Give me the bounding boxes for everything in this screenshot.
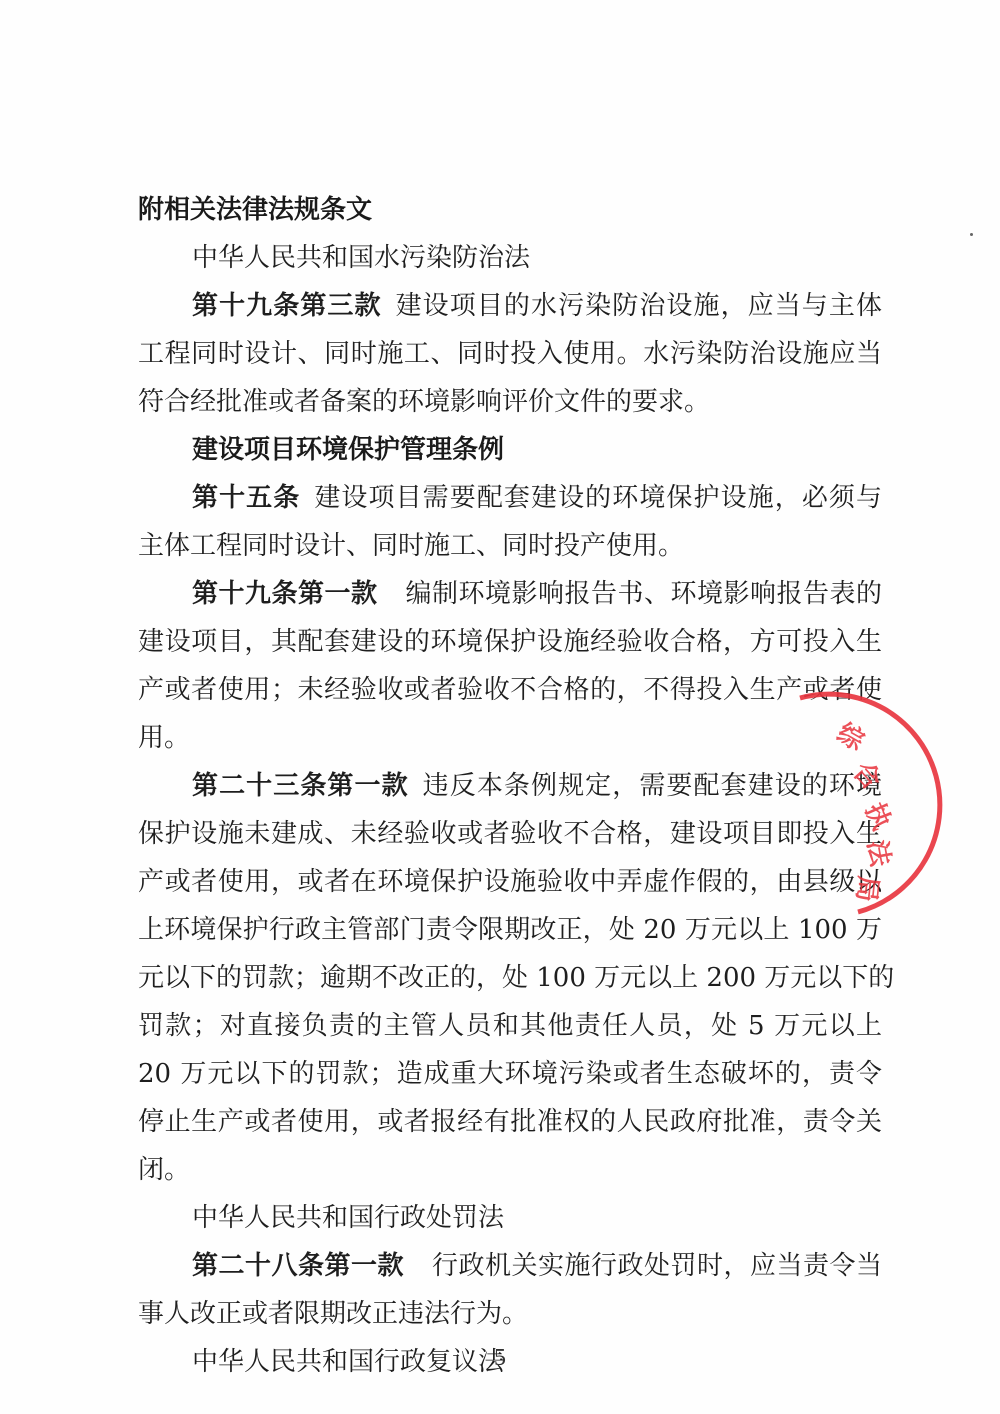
article-line: 事人改正或者限期改正违法行为。 xyxy=(138,1290,882,1338)
article-line: 第二十八条第一款行政机关实施行政处罚时，应当责令当 xyxy=(138,1242,882,1290)
article-line: 停止生产或者使用，或者报经有批准权的人民政府批准，责令关 xyxy=(138,1098,882,1146)
scan-speck xyxy=(970,233,973,236)
article-line: 闭。 xyxy=(138,1146,882,1194)
article-line: 20 万元以下的罚款；造成重大环境污染或者生态破坏的，责令 xyxy=(138,1050,882,1098)
article-number: 第二十八条第一款 xyxy=(192,1251,404,1281)
page-number: 5 xyxy=(0,1345,1000,1372)
article-number: 第二十三条第一款 xyxy=(192,771,409,801)
svg-text:综: 综 xyxy=(832,717,871,757)
article-line: 元以下的罚款；逾期不改正的，处 100 万元以上 200 万元以下的 xyxy=(138,954,882,1002)
article-line: 工程同时设计、同时施工、同时投入使用。水污染防治设施应当 xyxy=(138,330,882,378)
article-line: 建设项目，其配套建设的环境保护设施经验收合格，方可投入生 xyxy=(138,618,882,666)
article-line: 罚款；对直接负责的主管人员和其他责任人员，处 5 万元以上 xyxy=(138,1002,882,1050)
article-number: 第十九条第三款 xyxy=(192,291,382,321)
article-line: 第十九条第三款建设项目的水污染防治设施，应当与主体 xyxy=(138,282,882,330)
appendix-heading: 附相关法律法规条文 xyxy=(138,186,882,234)
article-line: 主体工程同时设计、同时施工、同时投产使用。 xyxy=(138,522,882,570)
official-seal-icon: 综 合 执 法 局 xyxy=(740,690,970,920)
svg-text:法: 法 xyxy=(861,838,895,870)
article-number: 第十九条第一款 xyxy=(192,579,378,609)
svg-text:局: 局 xyxy=(850,874,883,903)
article-line: 第十五条建设项目需要配套建设的环境保护设施，必须与 xyxy=(138,474,882,522)
article-number: 第十五条 xyxy=(192,483,300,513)
article-line: 第十九条第一款编制环境影响报告书、环境影响报告表的 xyxy=(138,570,882,618)
document-page: 附相关法律法规条文 中华人民共和国水污染防治法 第十九条第三款建设项目的水污染防… xyxy=(0,0,1000,1414)
svg-text:执: 执 xyxy=(859,799,897,835)
article-line: 符合经批准或者备案的环境影响评价文件的要求。 xyxy=(138,378,882,426)
law-title-water-pollution: 中华人民共和国水污染防治法 xyxy=(138,234,882,282)
svg-text:合: 合 xyxy=(847,756,887,796)
law-title-administrative-penalty: 中华人民共和国行政处罚法 xyxy=(138,1194,882,1242)
law-title-construction-regulation: 建设项目环境保护管理条例 xyxy=(138,426,882,474)
